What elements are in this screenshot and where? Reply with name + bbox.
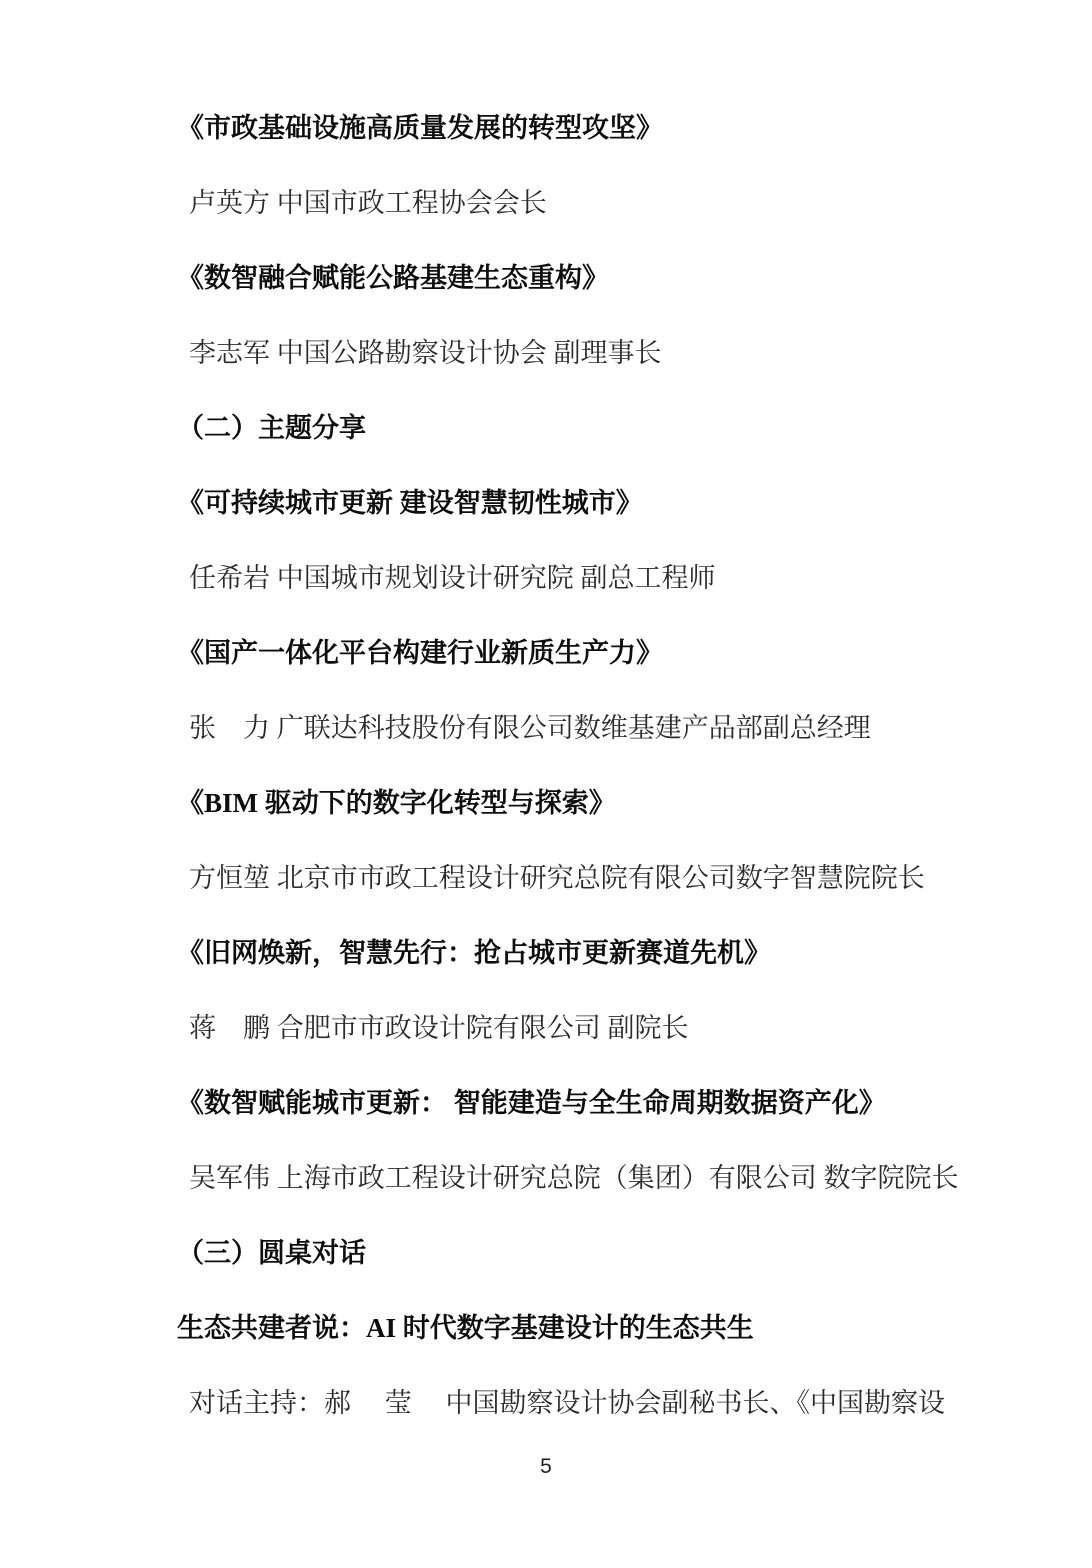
speaker-line-1: 卢英方 中国市政工程协会会长: [177, 166, 977, 241]
speaker-line-2: 李志军 中国公路勘察设计协会 副理事长: [177, 316, 977, 391]
section-heading-3: （三）圆桌对话: [177, 1216, 977, 1291]
speaker-line-5: 方恒堃 北京市市政工程设计研究总院有限公司数字智慧院院长: [177, 841, 977, 916]
section-heading-2: （二）主题分享: [177, 391, 977, 466]
talk-title-3: 《可持续城市更新 建设智慧韧性城市》: [177, 466, 977, 541]
agenda-content: 《市政基础设施高质量发展的转型攻坚》 卢英方 中国市政工程协会会长 《数智融合赋…: [177, 91, 977, 1441]
moderator-line: 对话主持：郝 莹 中国勘察设计协会副秘书长、《中国勘察设: [177, 1366, 977, 1441]
speaker-line-3: 任希岩 中国城市规划设计研究院 副总工程师: [177, 541, 977, 616]
talk-title-2: 《数智融合赋能公路基建生态重构》: [177, 241, 977, 316]
document-page: 《市政基础设施高质量发展的转型攻坚》 卢英方 中国市政工程协会会长 《数智融合赋…: [0, 0, 1092, 1568]
talk-title-7: 《数智赋能城市更新： 智能建造与全生命周期数据资产化》: [177, 1066, 977, 1141]
talk-title-4: 《国产一体化平台构建行业新质生产力》: [177, 616, 977, 691]
talk-title-6: 《旧网焕新，智慧先行：抢占城市更新赛道先机》: [177, 916, 977, 991]
roundtable-topic: 生态共建者说：AI 时代数字基建设计的生态共生: [177, 1291, 977, 1366]
page-number: 5: [540, 1455, 552, 1478]
speaker-line-7: 吴军伟 上海市政工程设计研究总院（集团）有限公司 数字院院长: [177, 1141, 977, 1216]
page-footer: 5: [0, 1452, 1092, 1482]
talk-title-1: 《市政基础设施高质量发展的转型攻坚》: [177, 91, 977, 166]
speaker-line-6: 蒋 鹏 合肥市市政设计院有限公司 副院长: [177, 991, 977, 1066]
speaker-line-4: 张 力 广联达科技股份有限公司数维基建产品部副总经理: [177, 691, 977, 766]
talk-title-5: 《BIM 驱动下的数字化转型与探索》: [177, 766, 977, 841]
